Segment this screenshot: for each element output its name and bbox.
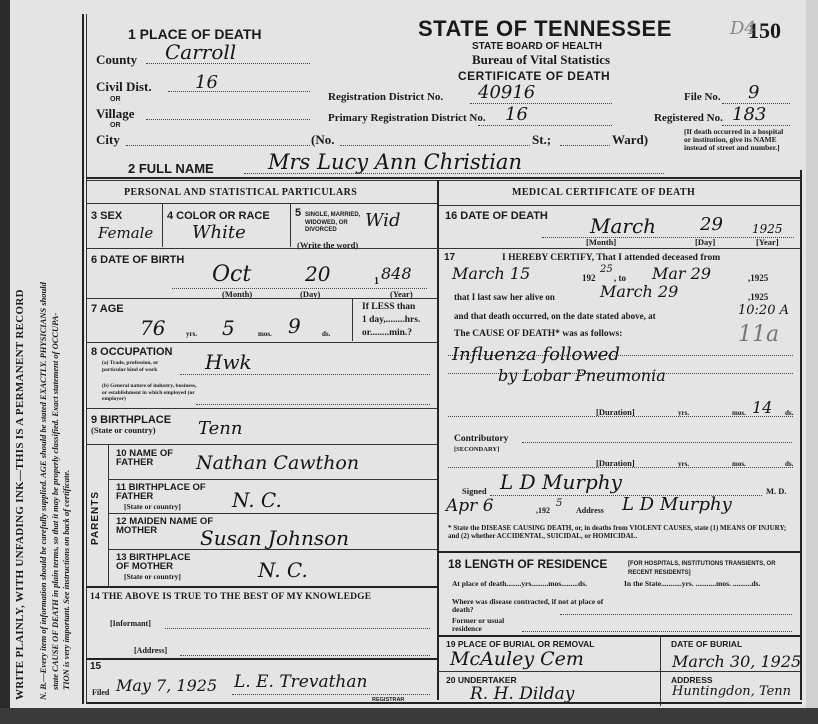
father-value[interactable]: Nathan Cawthon — [196, 452, 359, 474]
parents-divider — [108, 445, 109, 587]
death-certificate: WRITE PLAINLY, WITH UNFADING INK—THIS IS… — [0, 0, 818, 724]
cause-primary-1[interactable]: Influenza followed — [452, 344, 620, 365]
less-than-line1: If LESS than — [362, 302, 415, 312]
attended-from[interactable]: March 15 — [452, 264, 530, 283]
medical-heading: MEDICAL CERTIFICATE OF DEATH — [512, 187, 695, 198]
or-label-2: OR — [110, 122, 121, 129]
file-no-value[interactable]: 9 — [748, 82, 759, 103]
rule-father-bp — [108, 479, 437, 480]
civil-dist-line — [168, 90, 310, 92]
age-mos-unit: mos. — [258, 330, 272, 338]
residence-in-state: In the State...........yrs. ...........m… — [624, 580, 796, 588]
marital-options: SINGLE, MARRIED, WIDOWED, OR DIVORCED — [305, 212, 363, 235]
father-label: 10 NAME OF FATHER — [116, 449, 196, 467]
residence-label: 18 LENGTH OF RESIDENCE — [448, 557, 607, 571]
burial-place-value[interactable]: McAuley Cem — [450, 648, 584, 670]
duration-label-2: [Duration] — [596, 458, 635, 468]
burial-date-label: DATE OF BURIAL — [671, 639, 742, 649]
residence-note: [FOR HOSPITALS, INSTITUTIONS TRANSIENTS,… — [628, 560, 798, 578]
nb-note-line3: TION is very important. See instructions… — [61, 470, 71, 690]
city-line[interactable] — [126, 144, 310, 146]
full-name-value[interactable]: Mrs Lucy Ann Christian — [268, 150, 522, 174]
duration-mos-1: mos. — [732, 409, 746, 417]
occupation-b-line[interactable] — [196, 403, 430, 405]
contributory-label: Contributory — [454, 434, 508, 444]
parents-side-label: PARENTS — [90, 491, 101, 545]
informant-heading: 14 THE ABOVE IS TRUE TO THE BEST OF MY K… — [90, 592, 371, 602]
father-bp-hint: [State or country] — [124, 502, 181, 511]
sign-year-label: ,192 — [536, 506, 550, 515]
ward-line[interactable] — [560, 144, 610, 146]
dod-year[interactable]: 1925 — [752, 222, 783, 236]
duration-ds-1: ds. — [785, 409, 793, 417]
birthplace-value[interactable]: Tenn — [198, 418, 242, 439]
mother-value[interactable]: Susan Johnson — [200, 526, 349, 550]
cause-footnote: * State the DISEASE CAUSING DEATH, or, i… — [448, 524, 796, 540]
dob-year[interactable]: 848 — [381, 264, 412, 283]
last-saw-value[interactable]: March 29 — [600, 282, 678, 301]
dod-month[interactable]: March — [590, 214, 656, 238]
cause-primary-2[interactable]: by Lobar Pneumonia — [498, 366, 666, 385]
dob-month[interactable]: Oct — [212, 262, 251, 287]
dob-year-prefix: 1 — [374, 276, 379, 287]
medical-heading-rule — [437, 205, 801, 206]
full-name-label: 2 FULL NAME — [128, 161, 214, 176]
scan-edge-right — [806, 0, 818, 724]
age-divider — [352, 299, 353, 341]
age-days[interactable]: 9 — [288, 314, 301, 338]
board-title: STATE BOARD OF HEALTH — [472, 41, 602, 52]
registrar-signature[interactable]: L. E. Trevathan — [234, 672, 367, 692]
frame-left-inner — [86, 14, 87, 704]
certificate-title: CERTIFICATE OF DEATH — [458, 69, 610, 83]
undertaker-address-value[interactable]: Huntingdon, Tenn — [672, 684, 791, 699]
reg-district-value[interactable]: 40916 — [478, 82, 535, 103]
race-divider — [290, 204, 291, 247]
mother-bp-hint: [State or country] — [124, 572, 181, 581]
filing-num: 15 — [90, 661, 101, 672]
duration-label-1: [Duration] — [596, 407, 635, 417]
street-line[interactable] — [340, 144, 530, 146]
age-ds-unit: ds. — [322, 330, 330, 338]
st-label: St.; — [532, 132, 551, 148]
frame-left — [82, 14, 84, 704]
less-than-line3: or........min.? — [362, 328, 412, 338]
nb-note-line2: state CAUSE OF DEATH in plain terms, so … — [50, 313, 60, 690]
street-no-label: (No. — [311, 132, 334, 148]
pencil-mark: D4 — [730, 18, 756, 39]
rule-age — [86, 298, 437, 299]
occurred-label: and that death occurred, on the date sta… — [454, 311, 656, 321]
village-label: Village — [96, 106, 135, 122]
primary-reg-label: Primary Registration District No. — [328, 112, 486, 124]
mother-bp-label: 13 BIRTHPLACE OF MOTHER — [116, 553, 206, 571]
sex-divider — [162, 204, 163, 247]
residence-former: Former or usual residence — [452, 617, 532, 633]
sign-year-suffix[interactable]: 5 — [556, 498, 562, 509]
rule-residence — [437, 551, 801, 553]
dod-month-caption: [Month] — [586, 237, 616, 247]
race-label: 4 COLOR OR RACE — [167, 210, 270, 222]
divider-top-2 — [86, 180, 802, 181]
father-bp-label: 11 BIRTHPLACE OF FATHER — [116, 483, 206, 501]
informant-address-label: [Address] — [134, 646, 167, 655]
occupation-a-value[interactable]: Hwk — [205, 350, 252, 374]
duration-yrs-1: yrs. — [678, 409, 689, 417]
last-saw-label: that I last saw her alive on — [454, 292, 555, 302]
last-saw-year: ,1925 — [748, 292, 768, 302]
attended-to[interactable]: Mar 29 — [652, 264, 711, 283]
rule-parents — [86, 444, 437, 445]
rule-filing — [86, 658, 437, 660]
dod-label: 16 DATE OF DEATH — [445, 210, 548, 222]
rule-mother-bp — [108, 549, 437, 550]
frame-right — [800, 170, 802, 700]
former-residence-line[interactable] — [522, 630, 792, 632]
physician-signature[interactable]: L D Murphy — [500, 470, 622, 494]
rule-burial — [437, 635, 801, 637]
informant-line[interactable] — [165, 627, 430, 629]
age-label: 7 AGE — [91, 303, 124, 315]
column-divider — [437, 180, 439, 700]
dod-year-caption: [Year] — [756, 237, 779, 247]
dob-label: 6 DATE OF BIRTH — [91, 254, 184, 266]
rule-informant — [86, 586, 437, 588]
registered-no-value[interactable]: 183 — [732, 104, 766, 125]
occupation-label: 8 OCCUPATION — [91, 346, 173, 358]
state-title: STATE OF TENNESSEE — [418, 16, 672, 42]
birthplace-hint: (State or country) — [91, 425, 156, 435]
dob-day[interactable]: 20 — [305, 262, 330, 286]
attended-from-year[interactable]: 25 — [600, 264, 613, 275]
residence-contracted: Where was disease contracted, if not at … — [452, 598, 612, 614]
md-label: M. D. — [766, 486, 787, 496]
civil-dist-value[interactable]: 16 — [195, 72, 218, 93]
duration-yrs-2: yrs. — [678, 460, 689, 468]
filed-value[interactable]: May 7, 1925 — [116, 676, 217, 695]
bureau-title: Bureau of Vital Statistics — [472, 52, 610, 68]
registered-no-label: Registered No. — [654, 112, 723, 124]
duration-ds-2: ds. — [785, 460, 793, 468]
primary-reg-value[interactable]: 16 — [505, 104, 528, 125]
physician-address[interactable]: L D Murphy — [622, 494, 732, 515]
city-label: City — [96, 132, 120, 148]
race-value[interactable]: White — [192, 222, 246, 243]
burial-date-value[interactable]: March 30, 1925 — [672, 652, 801, 671]
physician-address-label: Address — [576, 506, 604, 515]
rule-birthplace — [86, 408, 437, 409]
occupation-b-label: (b) General nature of industry, business… — [102, 383, 197, 403]
filed-label: Filed — [92, 688, 109, 697]
time-of-death[interactable]: 10:20 A — [738, 303, 789, 318]
rule-occupation — [86, 342, 437, 343]
sign-date[interactable]: Apr 6 — [446, 496, 494, 516]
write-plainly-note: WRITE PLAINLY, WITH UNFADING INK—THIS IS… — [14, 289, 26, 700]
margin-code: 11a — [738, 322, 779, 347]
sex-label: 3 SEX — [91, 210, 122, 222]
age-yrs-unit: yrs. — [186, 330, 197, 338]
signed-label: Signed — [462, 486, 487, 496]
marital-num: 5 — [295, 207, 301, 219]
county-value[interactable]: Carroll — [165, 40, 236, 64]
nb-note-line1: N. B.—Every item of information should b… — [38, 282, 48, 700]
rule-dob — [86, 248, 437, 249]
reg-district-label: Registration District No. — [328, 91, 443, 103]
informant-address-line[interactable] — [180, 654, 430, 656]
rule-certify — [437, 248, 801, 249]
rule-undertaker — [437, 671, 801, 672]
attended-from-192: 192 — [582, 273, 596, 283]
rule-mother — [108, 513, 437, 514]
contributory-line[interactable] — [522, 441, 792, 443]
occupation-a-label: (a) Trade, profession, or particular kin… — [102, 360, 182, 373]
secondary-label: [SECONDARY] — [454, 446, 499, 453]
dod-day-caption: [Day] — [695, 237, 715, 247]
certify-num: 17 — [444, 252, 455, 263]
sex-value[interactable]: Female — [98, 224, 153, 242]
marital-value[interactable]: Wid — [365, 210, 400, 231]
divider-top — [86, 177, 802, 179]
less-than-line2: 1 day,........hrs. — [362, 315, 420, 325]
personal-heading-rule — [86, 203, 437, 204]
file-no-label: File No. — [684, 91, 721, 103]
or-label-1: OR — [110, 96, 121, 103]
certify-text: I HEREBY CERTIFY, That I attended deceas… — [502, 253, 720, 263]
scan-edge-left — [0, 0, 10, 724]
hospital-note: [If death occurred in a hospital or inst… — [684, 128, 792, 152]
ward-label: Ward) — [612, 132, 648, 148]
duration-days-1[interactable]: 14 — [752, 398, 772, 417]
village-line[interactable] — [146, 118, 310, 120]
contracted-line[interactable] — [560, 613, 792, 615]
age-months[interactable]: 5 — [222, 316, 235, 340]
civil-dist-label: Civil Dist. — [96, 79, 152, 95]
scan-edge-bottom — [0, 708, 818, 724]
mother-bp-value[interactable]: N. C. — [258, 558, 308, 582]
residence-at-place: At place of death........yrs.........mos… — [452, 580, 612, 588]
dod-day[interactable]: 29 — [700, 214, 723, 235]
duration-mos-2: mos. — [732, 460, 746, 468]
registrar-line — [232, 693, 430, 695]
personal-heading: PERSONAL AND STATISTICAL PARTICULARS — [124, 187, 357, 198]
frame-bottom — [86, 702, 802, 704]
attended-to-year: ,1925 — [748, 273, 768, 283]
county-label: County — [96, 52, 137, 68]
informant-label: [Informant] — [110, 619, 151, 628]
age-years[interactable]: 76 — [140, 316, 165, 340]
cause-label: The CAUSE OF DEATH* was as follows: — [454, 329, 622, 339]
father-bp-value[interactable]: N. C. — [232, 488, 282, 512]
primary-reg-line — [478, 124, 612, 126]
undertaker-value[interactable]: R. H. Dilday — [470, 684, 574, 704]
